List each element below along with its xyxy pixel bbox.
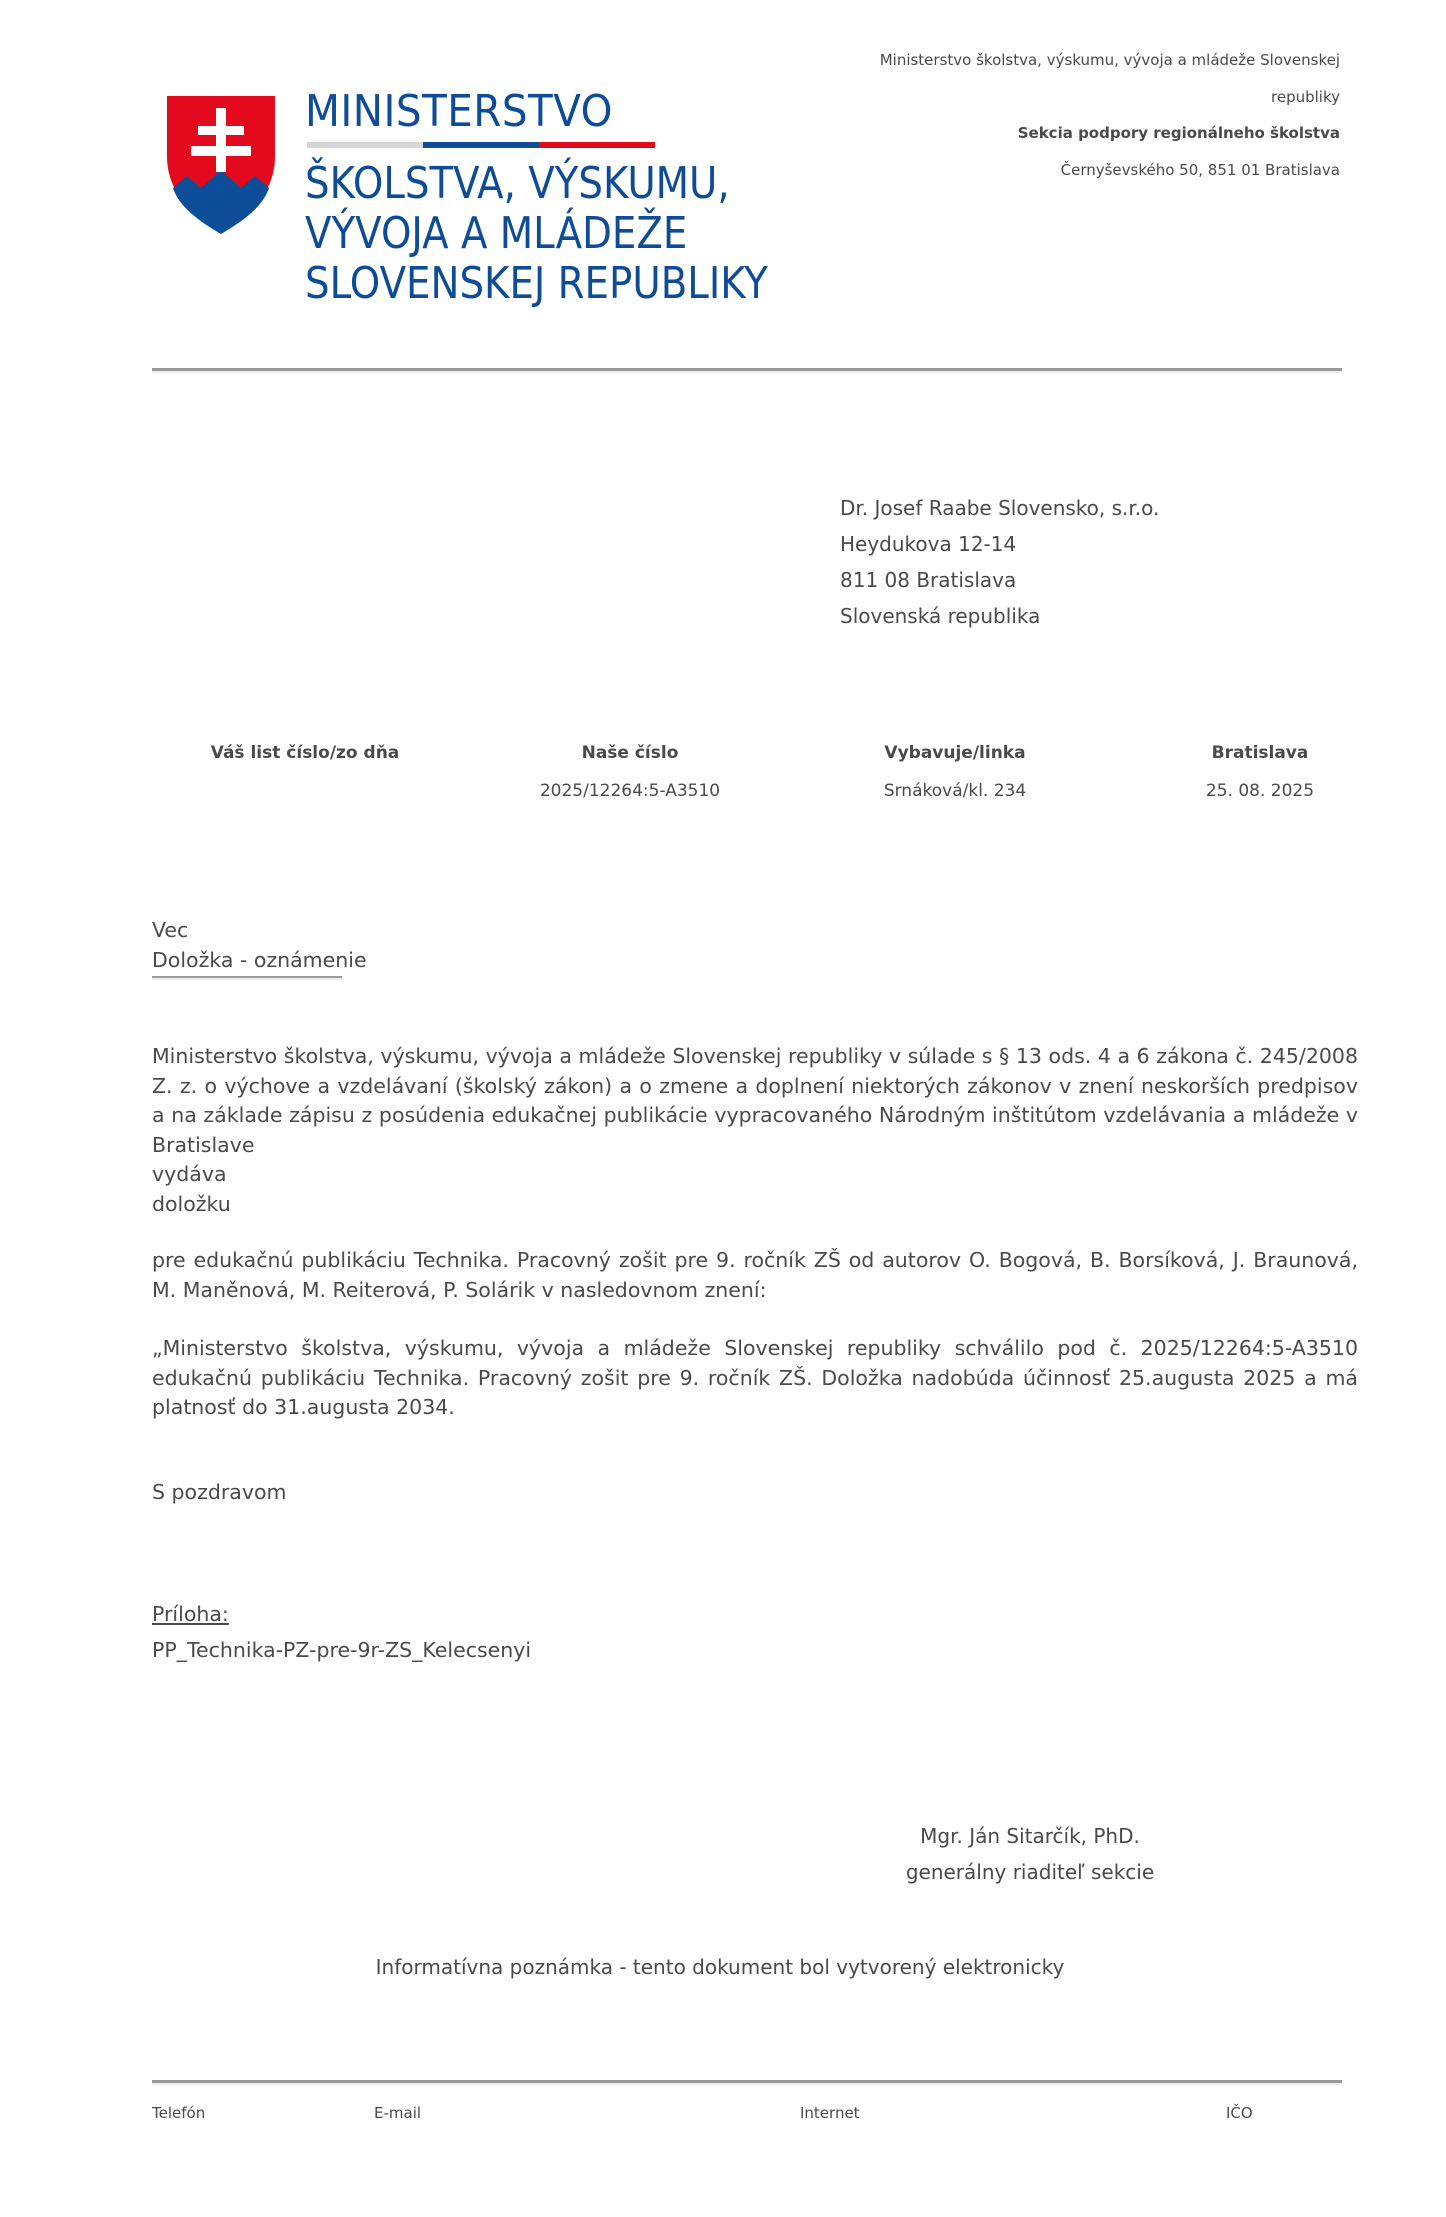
recipient-street: Heydukova 12-14 xyxy=(840,526,1159,562)
footer-phone-label: Telefón xyxy=(152,2104,205,2122)
ref-header: Váš list číslo/zo dňa xyxy=(180,738,430,776)
sender-street: Černyševského 50, 851 01 Bratislava xyxy=(780,152,1340,189)
ref-our-number: Naše číslo 2025/12264:5-A3510 xyxy=(510,738,750,806)
ref-value: Srnáková/kl. 234 xyxy=(840,776,1070,806)
recipient-city: 811 08 Bratislava xyxy=(840,562,1159,598)
recipient-address: Dr. Josef Raabe Slovensko, s.r.o. Heyduk… xyxy=(840,490,1159,634)
coat-of-arms-icon xyxy=(165,96,277,234)
attachment-file: PP_Technika-PZ-pre-9r-ZS_Kelecsenyi xyxy=(152,1636,1358,1666)
sender-section: Sekcia podpory regionálneho školstva xyxy=(780,115,1340,152)
electronic-note: Informatívna poznámka - tento dokument b… xyxy=(360,1952,1080,1982)
logo-tricolor-bar xyxy=(307,142,655,148)
signature: Mgr. Ján Sitarčík, PhD. generálny riadit… xyxy=(880,1818,1180,1890)
body-paragraph-1: Ministerstvo školstva, výskumu, vývoja a… xyxy=(152,1042,1358,1160)
logo-line-4: SLOVENSKEJ REPUBLIKY xyxy=(305,260,768,308)
recipient-country: Slovenská republika xyxy=(840,598,1159,634)
ref-header: Bratislava xyxy=(1160,738,1360,776)
footer-ico-label: IČO xyxy=(1226,2104,1253,2122)
subject: Vec Doložka - oznámenie xyxy=(152,916,1358,975)
header-divider xyxy=(152,368,1342,373)
ref-place-date: Bratislava 25. 08. 2025 xyxy=(1160,738,1360,806)
sender-address: Ministerstvo školstva, výskumu, vývoja a… xyxy=(780,42,1340,188)
ref-handled-by: Vybavuje/linka Srnáková/kl. 234 xyxy=(840,738,1070,806)
attachment-label: Príloha: xyxy=(152,1600,229,1630)
sender-line-1: Ministerstvo školstva, výskumu, vývoja a… xyxy=(780,42,1340,79)
logo-line-2: ŠKOLSTVA, VÝSKUMU, xyxy=(305,160,730,208)
recipient-name: Dr. Josef Raabe Slovensko, s.r.o. xyxy=(840,490,1159,526)
ref-value: 25. 08. 2025 xyxy=(1160,776,1360,806)
body-paragraph-2: pre edukačnú publikáciu Technika. Pracov… xyxy=(152,1246,1358,1305)
footer-divider xyxy=(152,2080,1342,2085)
ref-header: Vybavuje/linka xyxy=(840,738,1070,776)
issues-text: vydáva xyxy=(152,1160,1358,1190)
clause-text: doložku xyxy=(152,1190,1358,1220)
subject-label: Vec xyxy=(152,916,1358,946)
logo-line-3: VÝVOJA A MLÁDEŽE xyxy=(305,210,687,258)
closing-text: S pozdravom xyxy=(152,1478,1358,1508)
footer-internet-label: Internet xyxy=(800,2104,860,2122)
sender-line-2: republiky xyxy=(780,79,1340,116)
signatory-title: generálny riaditeľ sekcie xyxy=(880,1854,1180,1890)
subject-divider xyxy=(152,976,342,980)
ref-your-letter: Váš list číslo/zo dňa xyxy=(180,738,430,776)
body-paragraph-3: „Ministerstvo školstva, výskumu, vývoja … xyxy=(152,1334,1358,1423)
subject-text: Doložka - oznámenie xyxy=(152,946,1358,976)
ref-header: Naše číslo xyxy=(510,738,750,776)
logo-line-1: MINISTERSTVO xyxy=(305,88,613,136)
ref-value: 2025/12264:5-A3510 xyxy=(510,776,750,806)
signatory-name: Mgr. Ján Sitarčík, PhD. xyxy=(880,1818,1180,1854)
footer-email-label: E-mail xyxy=(374,2104,421,2122)
